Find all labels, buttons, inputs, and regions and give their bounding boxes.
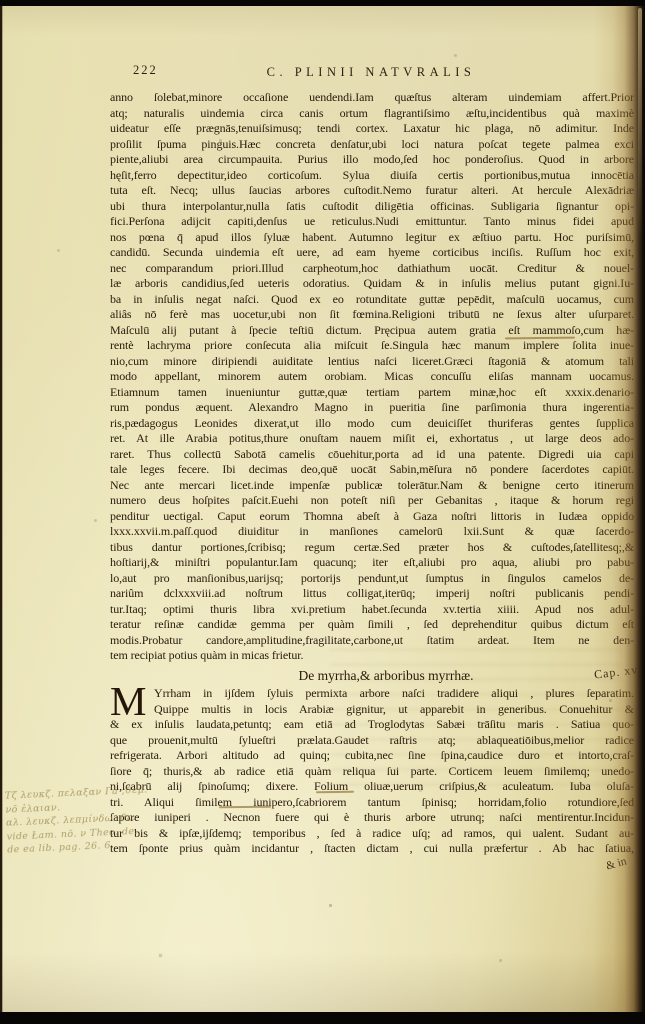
chapter-text-line: tem ſponte prius quàm incidantur , ſtact… bbox=[110, 841, 634, 857]
body-text-line: lo,aut pro manſionibus,uarijsq; portorij… bbox=[110, 571, 634, 587]
body-text-line: raret. Thus collectū Sabotā camelis cōue… bbox=[110, 447, 634, 463]
body-text-line: nec comparandum priori.Illud carpheotum,… bbox=[110, 261, 634, 277]
body-text-line: atq; naturalis uindemia circa canis ortu… bbox=[110, 106, 634, 122]
chapter-text-line: refrigerata. Arbori altitudo ad quinq; c… bbox=[110, 748, 634, 764]
body-text-line: nariûm dclxxxviii.ad noſtrum littus coll… bbox=[110, 586, 634, 602]
body-text-line: anno ſolebat,minore occaſione uendendi.I… bbox=[110, 90, 634, 106]
body-text-line: nos pœna q̄ apud illos ſyluæ habent. Aut… bbox=[110, 230, 634, 246]
body-text-line: proſilit ſpuma pinguis.Hæc concreta denſ… bbox=[110, 137, 634, 153]
chapter-text-line: que prouenit,multū ſylueſtri prælata.Gau… bbox=[110, 733, 634, 749]
book-scan: 222 C. PLINII NATVRALIS anno ſolebat,min… bbox=[0, 0, 645, 1024]
chapter-text-line: tur bis & ipſæ,ijſdemq; temporibus , ſed… bbox=[110, 826, 634, 842]
scan-border-top bbox=[0, 0, 645, 6]
body-text-line: numero deus hoſpites paſcit.Euehi non po… bbox=[110, 493, 634, 509]
body-text-line: rentè lachryma priore conſecuta alia miſ… bbox=[110, 338, 634, 354]
body-text-line: penditur uectigal. Caput eorum Thomna ab… bbox=[110, 509, 634, 525]
body-text-line: aliâs nō ferè mas uocetur,ubi non ſit fœ… bbox=[110, 307, 634, 323]
body-text-line: candidū. Secunda uindemia eſt uere, ad e… bbox=[110, 245, 634, 261]
body-text-line: modis.Probatur candore,amplitudine,fragi… bbox=[110, 633, 634, 649]
body-text-line: ris,pædagogus Leonides dixerat,ut illo m… bbox=[110, 416, 634, 432]
body-text-line: ret. At ille Arabia potitus,thure onuſta… bbox=[110, 431, 634, 447]
body-text-line: fici.Perſona adijcit capiti,denſus ue re… bbox=[110, 214, 634, 230]
body-text-line: uideatur eſſe prægnās,tenuiſsimusq; tend… bbox=[110, 121, 634, 137]
body-text-line: tibus dantur portiones,ſcribisq; regum c… bbox=[110, 540, 634, 556]
body-text-line: Nec ante mercari licet.inde impenſæ publ… bbox=[110, 478, 634, 494]
chapter-heading: De myrrha,& arboribus myrrhæ. bbox=[110, 668, 632, 684]
chapter-paragraph: M Yrrham in ijſdem ſyluis permixta arbor… bbox=[110, 686, 634, 857]
chapter-text-line: ſapore iuniperi . Necnon fuere qui è thu… bbox=[110, 810, 634, 826]
handwritten-marginalia: Τζ λευκζ. πελαξαν Γā ,ϑεμ.νō ἐλαιαν.αλ. … bbox=[5, 782, 176, 857]
body-text-line: tem recipiat potius quàm in micas frietu… bbox=[110, 648, 634, 664]
body-text-line: ubi thura interpolantur,nulla ſatis cuſt… bbox=[110, 199, 634, 215]
body-text-line: tur.Itaq; optimi thuris libra xvi.pretiu… bbox=[110, 602, 634, 618]
body-text-line: tuta eſt. Necq; ullus ſaucias arbores cu… bbox=[110, 183, 634, 199]
chapter-text-line: Quippe multis in locis Arabiæ gignitur, … bbox=[154, 702, 634, 718]
body-paragraph: anno ſolebat,minore occaſione uendendi.I… bbox=[110, 90, 634, 664]
chapter-text-line: ſiore q̄; thuris,& ab radice etiā quàm r… bbox=[110, 764, 634, 780]
body-text-line: hoſtiarij,& miniſtri populantur.Iam quac… bbox=[110, 555, 634, 571]
body-text-line: hęſit,ferro depectitur,ideo corticoſum. … bbox=[110, 168, 634, 184]
body-text-line: lxxx.xxvii.m.paſſ.quod diuiditur in manſ… bbox=[110, 524, 634, 540]
body-text-line: piente,aliubi area circumpauita. Purius … bbox=[110, 152, 634, 168]
body-text-line: Etiamnum tamen inueniuntur guttæ,quæ ter… bbox=[110, 385, 634, 401]
chapter-text-line: & ex inſulis laudata,petuntq; eam etiā a… bbox=[110, 717, 634, 733]
chapter-text-line: tri. Aliqui ſimilem iunipero,ſcabriorem … bbox=[110, 795, 634, 811]
chapter-lines: Yrrham in ijſdem ſyluis permixta arbore … bbox=[110, 686, 634, 857]
body-text-line: rum pondus æquent. Alexandro Magno in pu… bbox=[110, 400, 634, 416]
body-text-line: nio,cum minore diripiendi auiditate lent… bbox=[110, 354, 634, 370]
body-text-line: læ arboris candidius,ſed ueteris odorati… bbox=[110, 276, 634, 292]
chapter-text-line: ni,ſcabrū alij ſpinoſumq; dixere. Folium… bbox=[110, 779, 634, 795]
drop-cap-initial: M bbox=[110, 686, 154, 716]
scan-edge-left bbox=[0, 0, 3, 1024]
chapter-heading-row: De myrrha,& arboribus myrrhæ. Cap. xv bbox=[110, 668, 632, 684]
body-text-line: modo appellant, minorem autem orobiam. M… bbox=[110, 369, 634, 385]
body-text-line: tale leges fecere. Ibi decimas deo,quē u… bbox=[110, 462, 634, 478]
chapter-text-line: Yrrham in ijſdem ſyluis permixta arbore … bbox=[154, 686, 634, 702]
running-title: C. PLINII NATVRALIS bbox=[110, 65, 632, 80]
body-text-line: Maſculū alij putant à ſpecie teſtiū dict… bbox=[110, 323, 634, 339]
scan-border-bottom bbox=[0, 1012, 645, 1024]
body-text-line: teratur reſinæ candidæ gemma per quàm ſi… bbox=[110, 617, 634, 633]
body-text-line: ba in inſulis negat naſci. Quod ex eo ro… bbox=[110, 292, 634, 308]
